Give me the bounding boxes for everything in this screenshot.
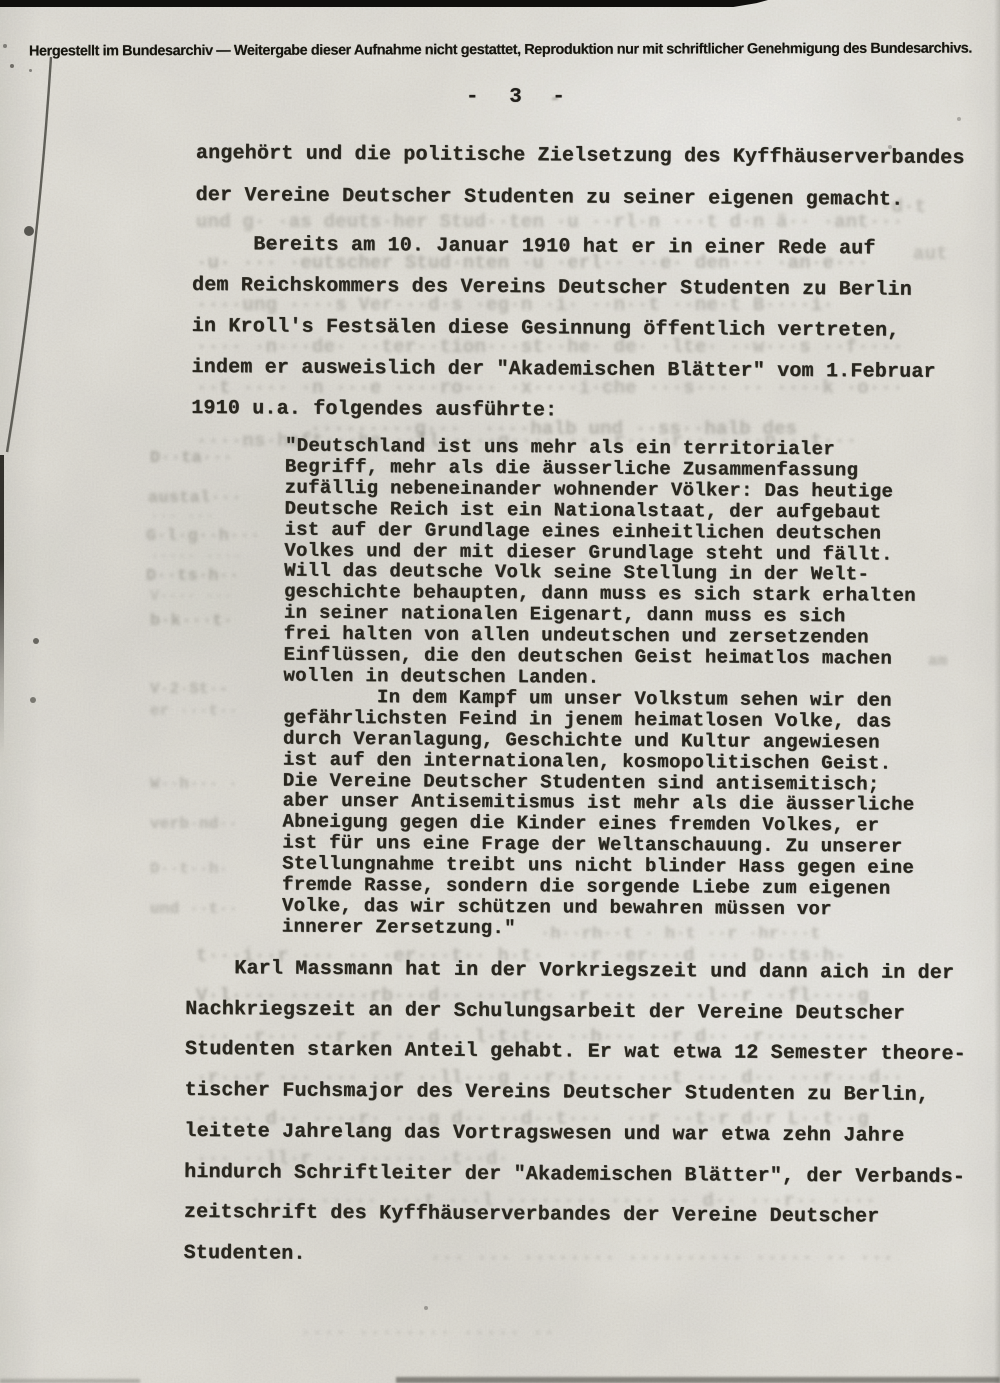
text-line: Karl Massmann hat in der Vorkriegszeit u… [185,949,966,995]
scan-edge-artifact-top [0,0,768,7]
text-line: Studenten. [183,1234,964,1280]
text-line: 1910 u.a. folgendes ausführte: [191,388,936,434]
text-line: angehört und die politische Zielsetzung … [196,133,965,180]
text-line: leitete Jahrelang das Vortragswesen und … [184,1112,965,1158]
text-line: tischer Fuchsmajor des Vereins Deutscher… [185,1071,966,1117]
scan-edge-artifact-bottom [396,1377,1000,1383]
text-line: dem Reichskommers des Vereins Deutscher … [192,265,937,311]
scan-edge-artifact-bottom-left [0,1379,140,1383]
typewritten-text: angehört und die politische Zielsetzung … [0,0,1000,1383]
text-line: der Vereine Deutscher Studenten zu seine… [195,174,964,221]
text-line: innerer Zersetzung." [282,916,914,941]
text-line: zeitschrift des Kyffhäuserverbandes der … [184,1193,965,1239]
text-line: Studenten starken Anteil gehabt. Er wat … [185,1030,966,1076]
paragraph-rede-1910: Bereits am 10. Januar 1910 hat er in ein… [191,224,937,434]
scan-edge-shadow-right [994,0,1000,1383]
text-line: in Kroll's Festsälen diese Gesinnung öff… [192,306,937,352]
block-quote-akademische-blaetter: "Deutschland ist uns mehr als ein territ… [282,436,917,942]
paragraph-karl-massmann: Karl Massmann hat in der Vorkriegszeit u… [183,949,966,1280]
text-line: indem er ausweislich der "Akademischen B… [191,347,936,393]
paragraph-intro: angehört und die politische Zielsetzung … [195,133,964,221]
scanned-document-page: ·d·tund g· ·as deuts·her Stud··ten ·u ··… [0,0,1000,1383]
text-line: Bereits am 10. Januar 1910 hat er in ein… [192,224,937,270]
text-line: hindurch Schriftleiter der "Akademischen… [184,1152,965,1198]
text-line: Nachkriegszeit an der Schulungsarbeit de… [185,990,966,1036]
